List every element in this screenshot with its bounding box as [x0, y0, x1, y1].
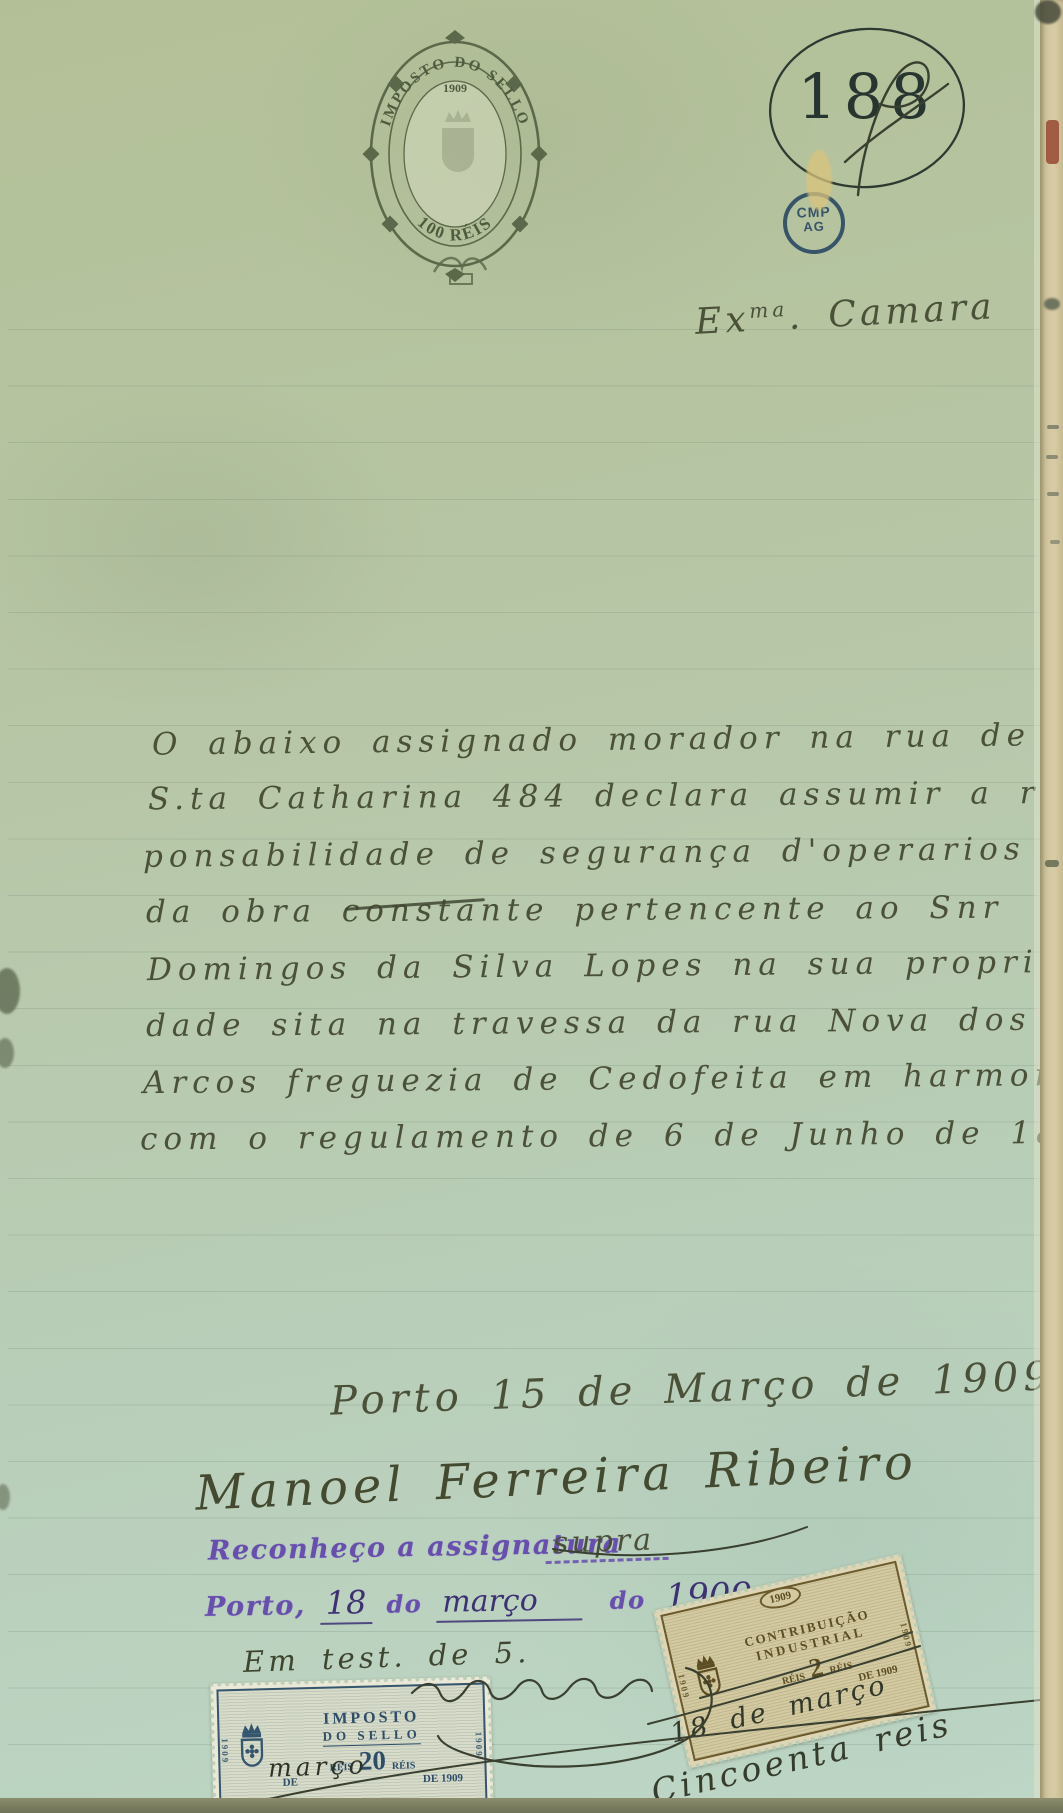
revenue-stamp-imposto-20-reis: 1909 IMPOSTO DO SELLO RÉIS 20 RÉIS — [210, 1676, 493, 1813]
table-edge-bottom — [0, 1798, 1063, 1813]
salutation-superscript: ma — [749, 297, 789, 323]
page-edge-tear — [0, 1038, 14, 1068]
edge-dash — [1050, 540, 1060, 544]
cmp-stamp-line2: AG — [787, 219, 841, 235]
salutation: Exma. Camara — [694, 286, 996, 343]
underlying-pages-edge — [1040, 0, 1063, 1813]
brown-stamp-year-left: 1909 — [676, 1673, 692, 1701]
body-line: S.ta Catharina 484 declara assumir a res… — [148, 775, 1063, 818]
seal-coat-of-arms — [442, 110, 474, 172]
edge-dash — [1046, 455, 1058, 459]
notary-place: Porto, — [205, 1590, 306, 1623]
folio-number-circle: 188 — [762, 16, 972, 206]
blue-stamp-band-right: DE 1909 — [423, 1772, 463, 1785]
folio-number-stamp: 188 — [762, 16, 972, 206]
brown-stamp-value: 2 — [806, 1653, 825, 1681]
blue-stamp-reis-right: RÉIS — [392, 1760, 416, 1772]
page-edge-tear — [0, 968, 20, 1014]
blue-stamp-year-right: 1909 — [474, 1732, 485, 1758]
edge-dash — [1047, 492, 1059, 496]
document-page: IMPOSTO DO SELLO 1909 100 RÉIS 188 CMP A… — [0, 0, 1063, 1813]
blue-stamp-title2: DO SELLO — [322, 1726, 421, 1747]
notary-day: 18 — [319, 1583, 372, 1625]
page-edge-tear — [0, 1484, 10, 1510]
blue-stamp-cancellation: março — [268, 1750, 369, 1782]
seal-year: 1909 — [443, 81, 467, 95]
body-line: Domingos da Silva Lopes na sua proprie- — [147, 944, 1063, 988]
blue-stamp-year-left: 1909 — [220, 1738, 231, 1764]
notary-supra-word: supra — [544, 1522, 668, 1564]
signature: Manoel Ferreira Ribeiro — [194, 1434, 919, 1521]
edge-dash — [1047, 425, 1059, 429]
folio-number: 188 — [797, 60, 936, 133]
body-line: Arcos freguezia de Cedofeita em harmonia — [143, 1057, 1063, 1101]
body-line: com o regulamento de 6 de Junho de 1895. — [140, 1115, 1063, 1158]
crown-shield-icon — [233, 1722, 270, 1780]
body-line: dade sita na travessa da rua Nova dos — [146, 1002, 1032, 1044]
notary-de1: do — [386, 1589, 422, 1619]
corner-dark-mark — [1035, 0, 1061, 24]
blue-stamp-text: IMPOSTO DO SELLO RÉIS 20 RÉIS DE DE 1909 — [272, 1685, 471, 1810]
salutation-rest: . Camara — [787, 286, 996, 338]
blue-stamp-art: 1909 IMPOSTO DO SELLO RÉIS 20 RÉIS — [216, 1683, 487, 1813]
notary-de2: do — [610, 1585, 646, 1615]
red-edge-mark — [1046, 120, 1059, 164]
body-line: da obra constante pertencente ao Snr — [146, 890, 1004, 930]
seal-tail-ornament — [428, 246, 492, 292]
salutation-prefix: Ex — [694, 299, 751, 343]
brown-stamp-year-right: 1909 — [898, 1622, 914, 1650]
paper-stain — [806, 150, 832, 210]
witness-note: Em test. de 5. — [242, 1635, 530, 1679]
edge-ink-mark — [1045, 860, 1059, 867]
body-line: ponsabilidade de segurança d'operarios — [143, 831, 1026, 875]
edge-ink-mark — [1044, 298, 1060, 310]
dateline: Porto 15 de Março de 1909 — [329, 1353, 1054, 1424]
notary-month: março — [436, 1582, 582, 1623]
body-line: O abaixo assignado morador na rua de — [152, 717, 1031, 762]
